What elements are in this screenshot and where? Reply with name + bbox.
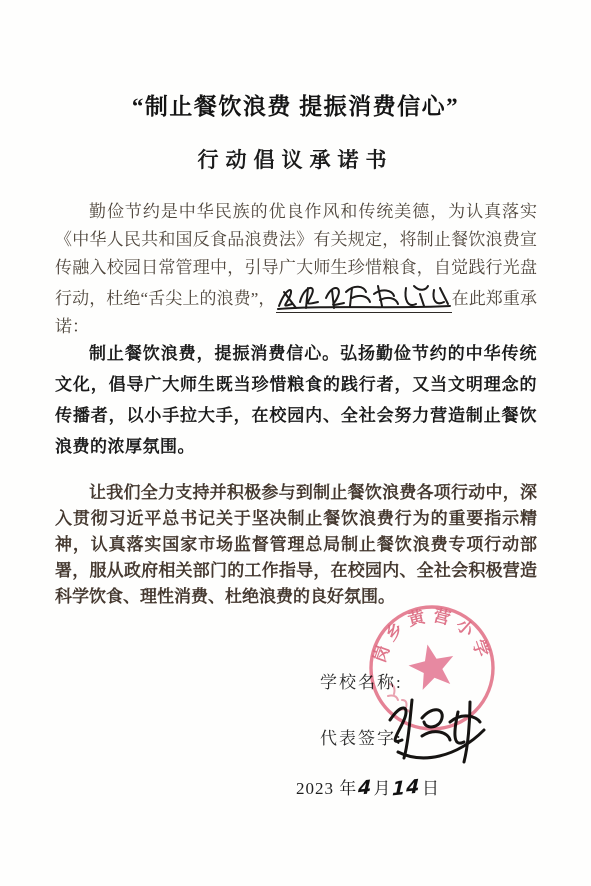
school-name-label: 学校名称: xyxy=(320,673,403,692)
handwritten-school-name-blank xyxy=(276,282,452,313)
document-title: “制止餐饮浪费 提振消费信心” xyxy=(0,88,591,121)
date-month-unit: 月 xyxy=(373,779,391,798)
handwritten-school-name-scribble xyxy=(276,278,452,318)
school-name-row: 学校名称: xyxy=(320,668,403,693)
date-row: 2023 年4月14日 xyxy=(296,774,440,799)
paragraph-intro: 勤俭节约是中华民族的优良作风和传统美德，为认真落实《中华人民共和国反食品浪费法》… xyxy=(55,198,537,341)
representative-signature-row: 代表签字: xyxy=(320,724,403,749)
paragraph-commitment: 制止餐饮浪费，提振消费信心。弘扬勤俭节约的中华传统文化，倡导广大师生既当珍惜粮食… xyxy=(55,338,537,462)
date-day-handwritten: 14 xyxy=(392,775,421,800)
document-subtitle: 行动倡议承诺书 xyxy=(0,144,591,174)
date-year-printed: 2023 年 xyxy=(296,779,357,798)
representative-signature-label: 代表签字: xyxy=(320,729,403,748)
svg-text:岗乡黄营小学: 岗乡黄营小学 xyxy=(369,606,495,665)
stamp-arc-text: 岗乡黄营小学 xyxy=(369,606,495,665)
paragraph-support: 让我们全力支持并积极参与到制止餐饮浪费各项行动中，深入贯彻习近平总书记关于坚决制… xyxy=(55,480,537,610)
date-day-unit: 日 xyxy=(422,779,440,798)
date-month-handwritten: 4 xyxy=(358,776,373,800)
document-page: “制止餐饮浪费 提振消费信心” 行动倡议承诺书 勤俭节约是中华民族的优良作风和传… xyxy=(0,0,591,886)
stamp-star-icon xyxy=(405,640,459,692)
